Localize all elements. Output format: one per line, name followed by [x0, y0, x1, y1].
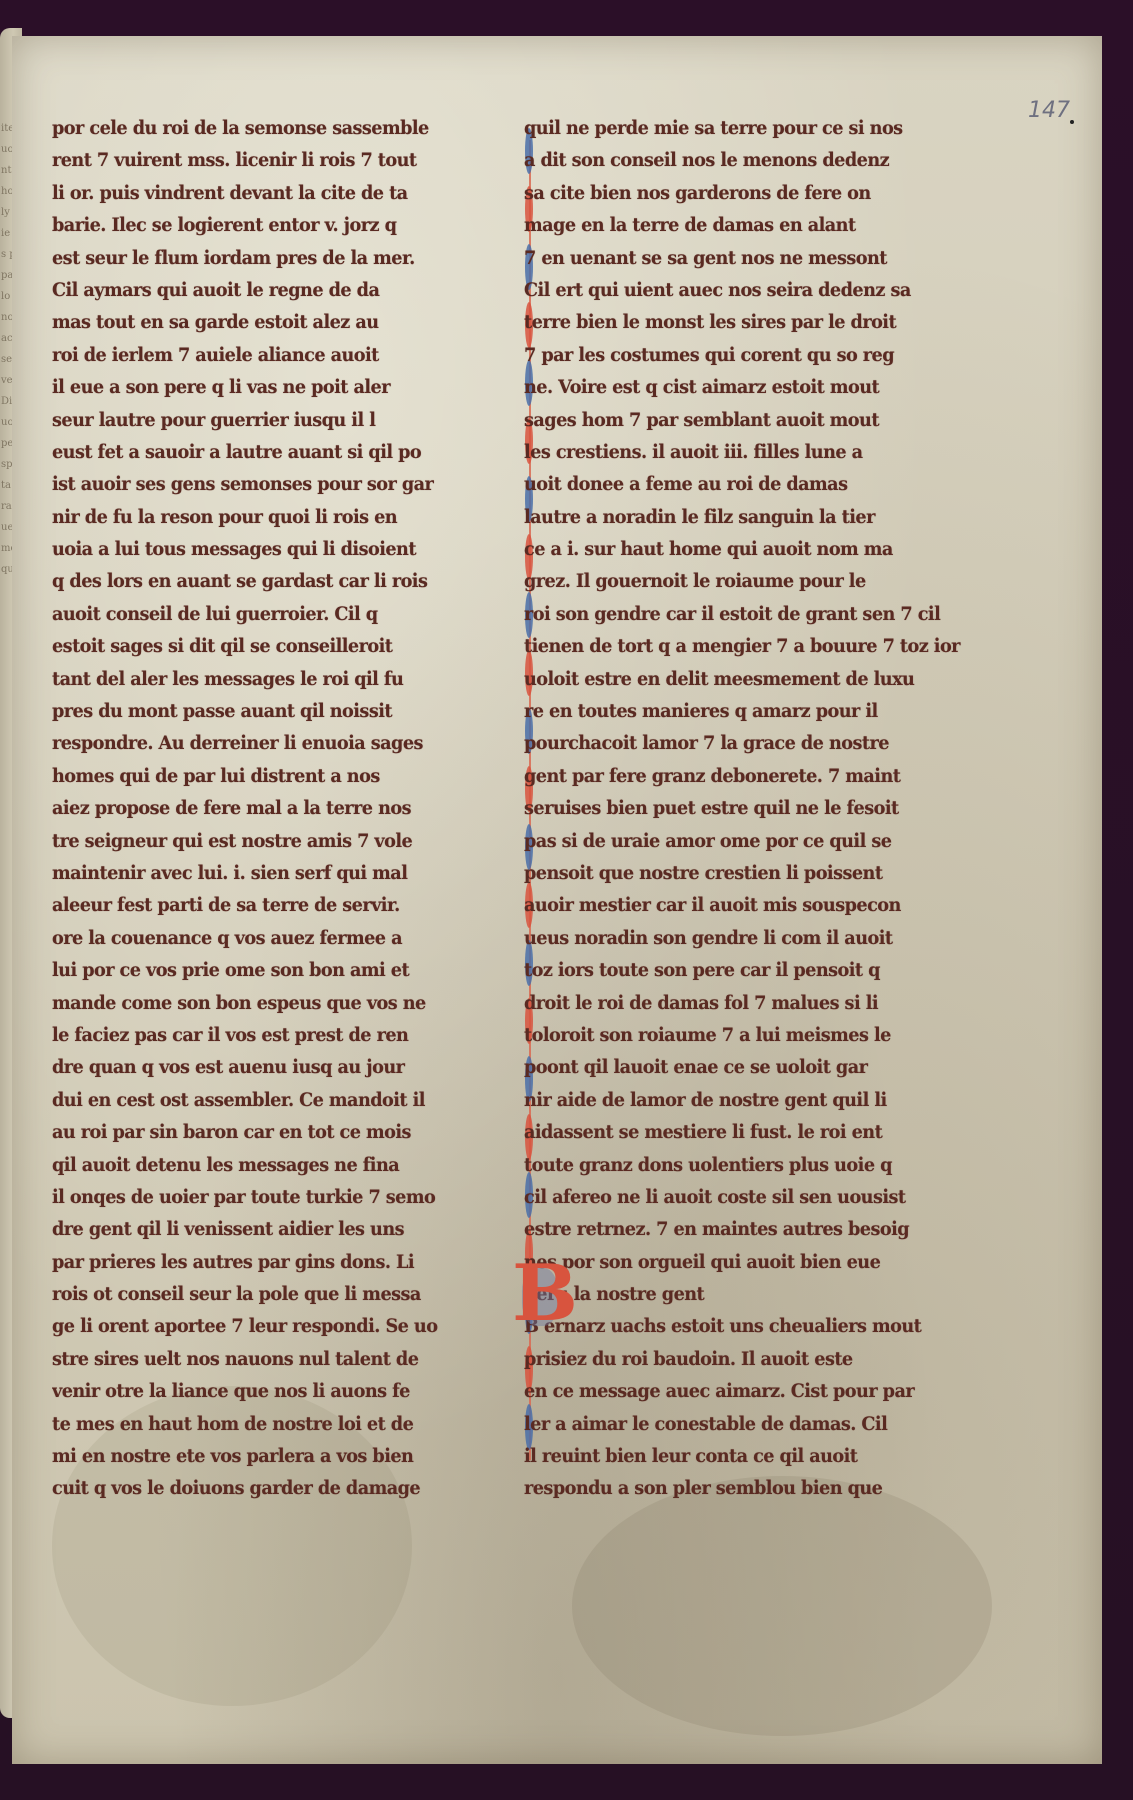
text-line: uoit donee a feme au roi de damas	[524, 468, 980, 500]
text-line: lautre a noradin le filz sanguin la tier	[524, 501, 980, 533]
text-line: aiez propose de fere mal a la terre nos	[52, 792, 443, 824]
text-line: barie. Ilec se logierent entor v. jorz q	[52, 209, 443, 241]
text-line: eust fet a sauoir a lautre auant si qil …	[52, 436, 443, 468]
text-line: quil ne perde mie sa terre pour ce si no…	[524, 112, 980, 144]
text-line: ore la couenance q vos auez fermee a	[52, 922, 443, 954]
text-line: sa cite bien nos garderons de fere on	[524, 177, 980, 209]
text-line: 7 en uenant se sa gent nos ne messont	[524, 242, 980, 274]
text-line: terre bien le monst les sires par le dro…	[524, 306, 980, 338]
text-line: ueus noradin son gendre li com il auoit	[524, 922, 980, 954]
text-line: Cil aymars qui auoit le regne de da	[52, 274, 443, 306]
text-line: toz iors toute son pere car il pensoit q	[524, 954, 980, 986]
text-line: par prieres les autres par gins dons. Li	[52, 1246, 443, 1278]
text-line: mage en la terre de damas en alant	[524, 209, 980, 241]
text-line: stre sires uelt nos nauons nul talent de	[52, 1343, 443, 1375]
text-line: tienen de tort q a mengier 7 a bouure 7 …	[524, 630, 980, 662]
text-line: homes qui de par lui distrent a nos	[52, 760, 443, 792]
text-line: lui por ce vos prie ome son bon ami et	[52, 954, 443, 986]
text-line: ueru la nostre gent	[524, 1278, 980, 1310]
text-line: tre seigneur qui est nostre amis 7 vole	[52, 825, 443, 857]
text-line: uoloit estre en delit meesmement de luxu	[524, 663, 980, 695]
text-line: auoit conseil de lui guerroier. Cil q	[52, 598, 443, 630]
text-line: rent 7 vuirent mss. licenir li rois 7 to…	[52, 144, 443, 176]
stain	[572, 1476, 992, 1736]
text-line: les crestiens. il auoit iii. filles lune…	[524, 436, 980, 468]
text-line: en ce message auec aimarz. Cist pour par	[524, 1375, 980, 1407]
text-line: por cele du roi de la semonse sassemble	[52, 112, 443, 144]
illuminated-initial: B	[502, 1252, 572, 1332]
text-line: le faciez pas car il vos est prest de re…	[52, 1019, 443, 1051]
text-line: cil afereo ne li auoit coste sil sen uou…	[524, 1181, 980, 1213]
text-line: re en toutes manieres q amarz pour il	[524, 695, 980, 727]
text-line: ce a i. sur haut home qui auoit nom ma	[524, 533, 980, 565]
text-line: gent par fere granz debonerete. 7 maint	[524, 760, 980, 792]
text-line: aleeur fest parti de sa terre de servir.	[52, 889, 443, 921]
text-line: sages hom 7 par semblant auoit mout	[524, 404, 980, 436]
text-line: mi en nostre ete vos parlera a vos bien	[52, 1440, 443, 1472]
text-line: ne. Voire est q cist aimarz estoit mout	[524, 371, 980, 403]
text-line: estoit sages si dit qil se conseilleroit	[52, 630, 443, 662]
text-line: roi de ierlem 7 auiele aliance auoit	[52, 339, 443, 371]
text-line: au roi par sin baron car en tot ce mois	[52, 1116, 443, 1148]
text-line: respondre. Au derreiner li enuoia sages	[52, 727, 443, 759]
text-line: respondu a son pler semblou bien que	[524, 1472, 980, 1504]
text-line: dui en cest ost assembler. Ce mandoit il	[52, 1084, 443, 1116]
text-line: aidassent se mestiere li fust. le roi en…	[524, 1116, 980, 1148]
text-line: seur lautre pour guerrier iusqu il l	[52, 404, 443, 436]
text-line: est seur le flum iordam pres de la mer.	[52, 242, 443, 274]
text-line: nir de fu la reson pour quoi li rois en	[52, 501, 443, 533]
text-line: rois ot conseil seur la pole que li mess…	[52, 1278, 443, 1310]
text-column-left: por cele du roi de la semonse sassembler…	[52, 112, 472, 1505]
text-line: il reuint bien leur conta ce qil auoit	[524, 1440, 980, 1472]
text-line: grez. Il gouernoit le roiaume pour le	[524, 565, 980, 597]
text-line: ler a aimar le conestable de damas. Cil	[524, 1408, 980, 1440]
text-line: pas si de uraie amor ome por ce quil se	[524, 825, 980, 857]
text-line: uoia a lui tous messages qui li disoient	[52, 533, 443, 565]
text-line: mas tout en sa garde estoit alez au	[52, 306, 443, 338]
text-line: dre gent qil li venissent aidier les uns	[52, 1213, 443, 1245]
text-line: B ernarz uachs estoit uns cheualiers mou…	[524, 1310, 980, 1342]
text-column-right: quil ne perde mie sa terre pour ce si no…	[524, 112, 1014, 1505]
text-line: auoir mestier car il auoit mis souspecon	[524, 889, 980, 921]
text-line: toute granz dons uolentiers plus uoie q	[524, 1149, 980, 1181]
text-line: nes por son orgueil qui auoit bien eue	[524, 1246, 980, 1278]
text-line: seruises bien puet estre quil ne le feso…	[524, 792, 980, 824]
text-line: li or. puis vindrent devant la cite de t…	[52, 177, 443, 209]
text-line: ge li orent aportee 7 leur respondi. Se …	[52, 1310, 443, 1342]
text-line: te mes en haut hom de nostre loi et de	[52, 1408, 443, 1440]
text-line: pres du mont passe auant qil noissit	[52, 695, 443, 727]
text-line: poont qil lauoit enae ce se uoloit gar	[524, 1051, 980, 1083]
text-line: estre retrnez. 7 en maintes autres besoi…	[524, 1213, 980, 1245]
folio-number: 147	[1028, 98, 1070, 123]
text-line: il eue a son pere q li vas ne poit aler	[52, 371, 443, 403]
text-line: il onqes de uoier par toute turkie 7 sem…	[52, 1181, 443, 1213]
text-line: prisiez du roi baudoin. Il auoit este	[524, 1343, 980, 1375]
text-line: cuit q vos le doiuons garder de damage	[52, 1472, 443, 1504]
ink-dot	[1070, 120, 1074, 124]
text-line: 7 par les costumes qui corent qu so reg	[524, 339, 980, 371]
text-line: droit le roi de damas fol 7 malues si li	[524, 987, 980, 1019]
text-line: q des lors en auant se gardast car li ro…	[52, 565, 443, 597]
text-line: roi son gendre car il estoit de grant se…	[524, 598, 980, 630]
text-line: ist auoir ses gens semonses pour sor gar	[52, 468, 443, 500]
text-line: mande come son bon espeus que vos ne	[52, 987, 443, 1019]
text-line: tant del aler les messages le roi qil fu	[52, 663, 443, 695]
text-line: pourchacoit lamor 7 la grace de nostre	[524, 727, 980, 759]
text-line: venir otre la liance que nos li auons fe	[52, 1375, 443, 1407]
text-line: pensoit que nostre crestien li poissent	[524, 857, 980, 889]
text-line: nir aide de lamor de nostre gent quil li	[524, 1084, 980, 1116]
initial-letter: B	[512, 1248, 578, 1339]
text-line: Cil ert qui uient auec nos seira dedenz …	[524, 274, 980, 306]
text-line: a dit son conseil nos le menons dedenz	[524, 144, 980, 176]
text-line: toloroit son roiaume 7 a lui meismes le	[524, 1019, 980, 1051]
text-line: dre quan q vos est auenu iusq au jour	[52, 1051, 443, 1083]
text-line: maintenir avec lui. i. sien serf qui mal	[52, 857, 443, 889]
text-line: qil auoit detenu les messages ne fina	[52, 1149, 443, 1181]
